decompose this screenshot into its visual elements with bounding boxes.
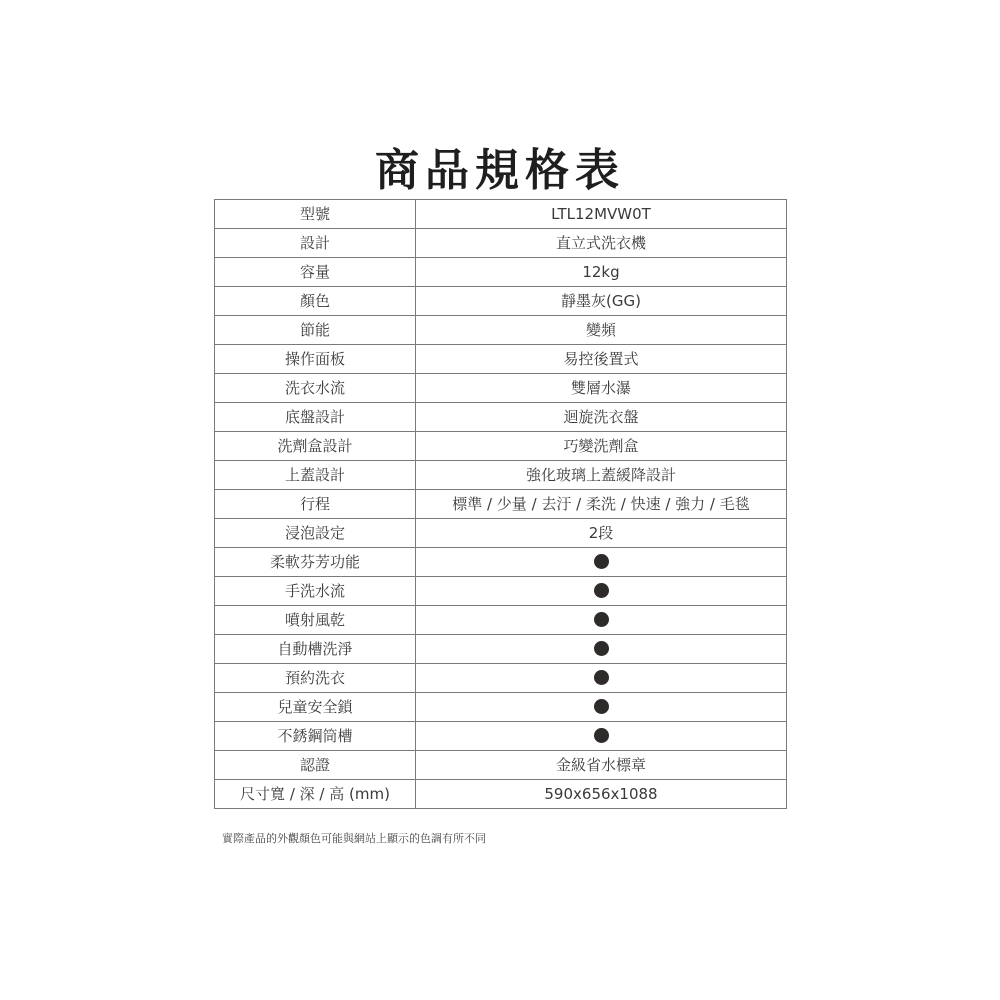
spec-value: 巧變洗劑盒 bbox=[416, 432, 787, 461]
spec-row: 洗劑盒設計巧變洗劑盒 bbox=[215, 432, 787, 461]
spec-row: 容量12kg bbox=[215, 258, 787, 287]
spec-row: 噴射風乾 bbox=[215, 606, 787, 635]
spec-value: 變頻 bbox=[416, 316, 787, 345]
spec-label: 底盤設計 bbox=[215, 403, 416, 432]
filled-circle-icon bbox=[594, 670, 609, 685]
spec-value-supported bbox=[416, 722, 787, 751]
spec-label: 噴射風乾 bbox=[215, 606, 416, 635]
spec-row: 預約洗衣 bbox=[215, 664, 787, 693]
spec-row: 洗衣水流雙層水瀑 bbox=[215, 374, 787, 403]
spec-row: 上蓋設計強化玻璃上蓋緩降設計 bbox=[215, 461, 787, 490]
filled-circle-icon bbox=[594, 583, 609, 598]
spec-label: 自動槽洗淨 bbox=[215, 635, 416, 664]
spec-value-supported bbox=[416, 664, 787, 693]
spec-value-supported bbox=[416, 548, 787, 577]
spec-value: 2段 bbox=[416, 519, 787, 548]
spec-label: 型號 bbox=[215, 200, 416, 229]
spec-label: 顏色 bbox=[215, 287, 416, 316]
spec-row: 浸泡設定2段 bbox=[215, 519, 787, 548]
spec-label: 洗劑盒設計 bbox=[215, 432, 416, 461]
spec-row: 操作面板易控後置式 bbox=[215, 345, 787, 374]
spec-row: 設計直立式洗衣機 bbox=[215, 229, 787, 258]
spec-row: 底盤設計迴旋洗衣盤 bbox=[215, 403, 787, 432]
spec-label: 容量 bbox=[215, 258, 416, 287]
spec-label: 不銹鋼筒槽 bbox=[215, 722, 416, 751]
spec-label: 行程 bbox=[215, 490, 416, 519]
spec-value: 迴旋洗衣盤 bbox=[416, 403, 787, 432]
spec-label: 設計 bbox=[215, 229, 416, 258]
spec-label: 兒童安全鎖 bbox=[215, 693, 416, 722]
spec-label: 節能 bbox=[215, 316, 416, 345]
filled-circle-icon bbox=[594, 728, 609, 743]
spec-value: 強化玻璃上蓋緩降設計 bbox=[416, 461, 787, 490]
spec-value: 金級省水標章 bbox=[416, 751, 787, 780]
spec-value: 易控後置式 bbox=[416, 345, 787, 374]
spec-row: 認證金級省水標章 bbox=[215, 751, 787, 780]
spec-label: 尺寸寬 / 深 / 高 (mm) bbox=[215, 780, 416, 809]
color-disclaimer-note: 實際產品的外觀顏色可能與網站上顯示的色調有所不同 bbox=[222, 831, 486, 847]
spec-row: 節能變頻 bbox=[215, 316, 787, 345]
spec-value: LTL12MVW0T bbox=[416, 200, 787, 229]
spec-label: 浸泡設定 bbox=[215, 519, 416, 548]
spec-table-body: 型號LTL12MVW0T設計直立式洗衣機容量12kg顏色靜墨灰(GG)節能變頻操… bbox=[215, 200, 787, 809]
spec-value: 雙層水瀑 bbox=[416, 374, 787, 403]
filled-circle-icon bbox=[594, 699, 609, 714]
spec-label: 認證 bbox=[215, 751, 416, 780]
filled-circle-icon bbox=[594, 612, 609, 627]
spec-label: 上蓋設計 bbox=[215, 461, 416, 490]
page-title: 商品規格表 bbox=[0, 141, 1000, 201]
spec-row: 尺寸寬 / 深 / 高 (mm)590x656x1088 bbox=[215, 780, 787, 809]
filled-circle-icon bbox=[594, 641, 609, 656]
spec-row: 柔軟芬芳功能 bbox=[215, 548, 787, 577]
filled-circle-icon bbox=[594, 554, 609, 569]
spec-row: 行程標準 / 少量 / 去汙 / 柔洗 / 快速 / 強力 / 毛毯 bbox=[215, 490, 787, 519]
spec-table: 型號LTL12MVW0T設計直立式洗衣機容量12kg顏色靜墨灰(GG)節能變頻操… bbox=[214, 199, 787, 809]
spec-value: 靜墨灰(GG) bbox=[416, 287, 787, 316]
spec-row: 顏色靜墨灰(GG) bbox=[215, 287, 787, 316]
spec-value-supported bbox=[416, 693, 787, 722]
spec-value: 直立式洗衣機 bbox=[416, 229, 787, 258]
spec-value: 標準 / 少量 / 去汙 / 柔洗 / 快速 / 強力 / 毛毯 bbox=[416, 490, 787, 519]
spec-row: 自動槽洗淨 bbox=[215, 635, 787, 664]
spec-label: 手洗水流 bbox=[215, 577, 416, 606]
spec-row: 型號LTL12MVW0T bbox=[215, 200, 787, 229]
spec-label: 柔軟芬芳功能 bbox=[215, 548, 416, 577]
spec-row: 手洗水流 bbox=[215, 577, 787, 606]
spec-value-supported bbox=[416, 635, 787, 664]
spec-row: 兒童安全鎖 bbox=[215, 693, 787, 722]
spec-value: 590x656x1088 bbox=[416, 780, 787, 809]
spec-row: 不銹鋼筒槽 bbox=[215, 722, 787, 751]
spec-label: 洗衣水流 bbox=[215, 374, 416, 403]
spec-value: 12kg bbox=[416, 258, 787, 287]
spec-value-supported bbox=[416, 577, 787, 606]
spec-label: 操作面板 bbox=[215, 345, 416, 374]
spec-value-supported bbox=[416, 606, 787, 635]
spec-label: 預約洗衣 bbox=[215, 664, 416, 693]
